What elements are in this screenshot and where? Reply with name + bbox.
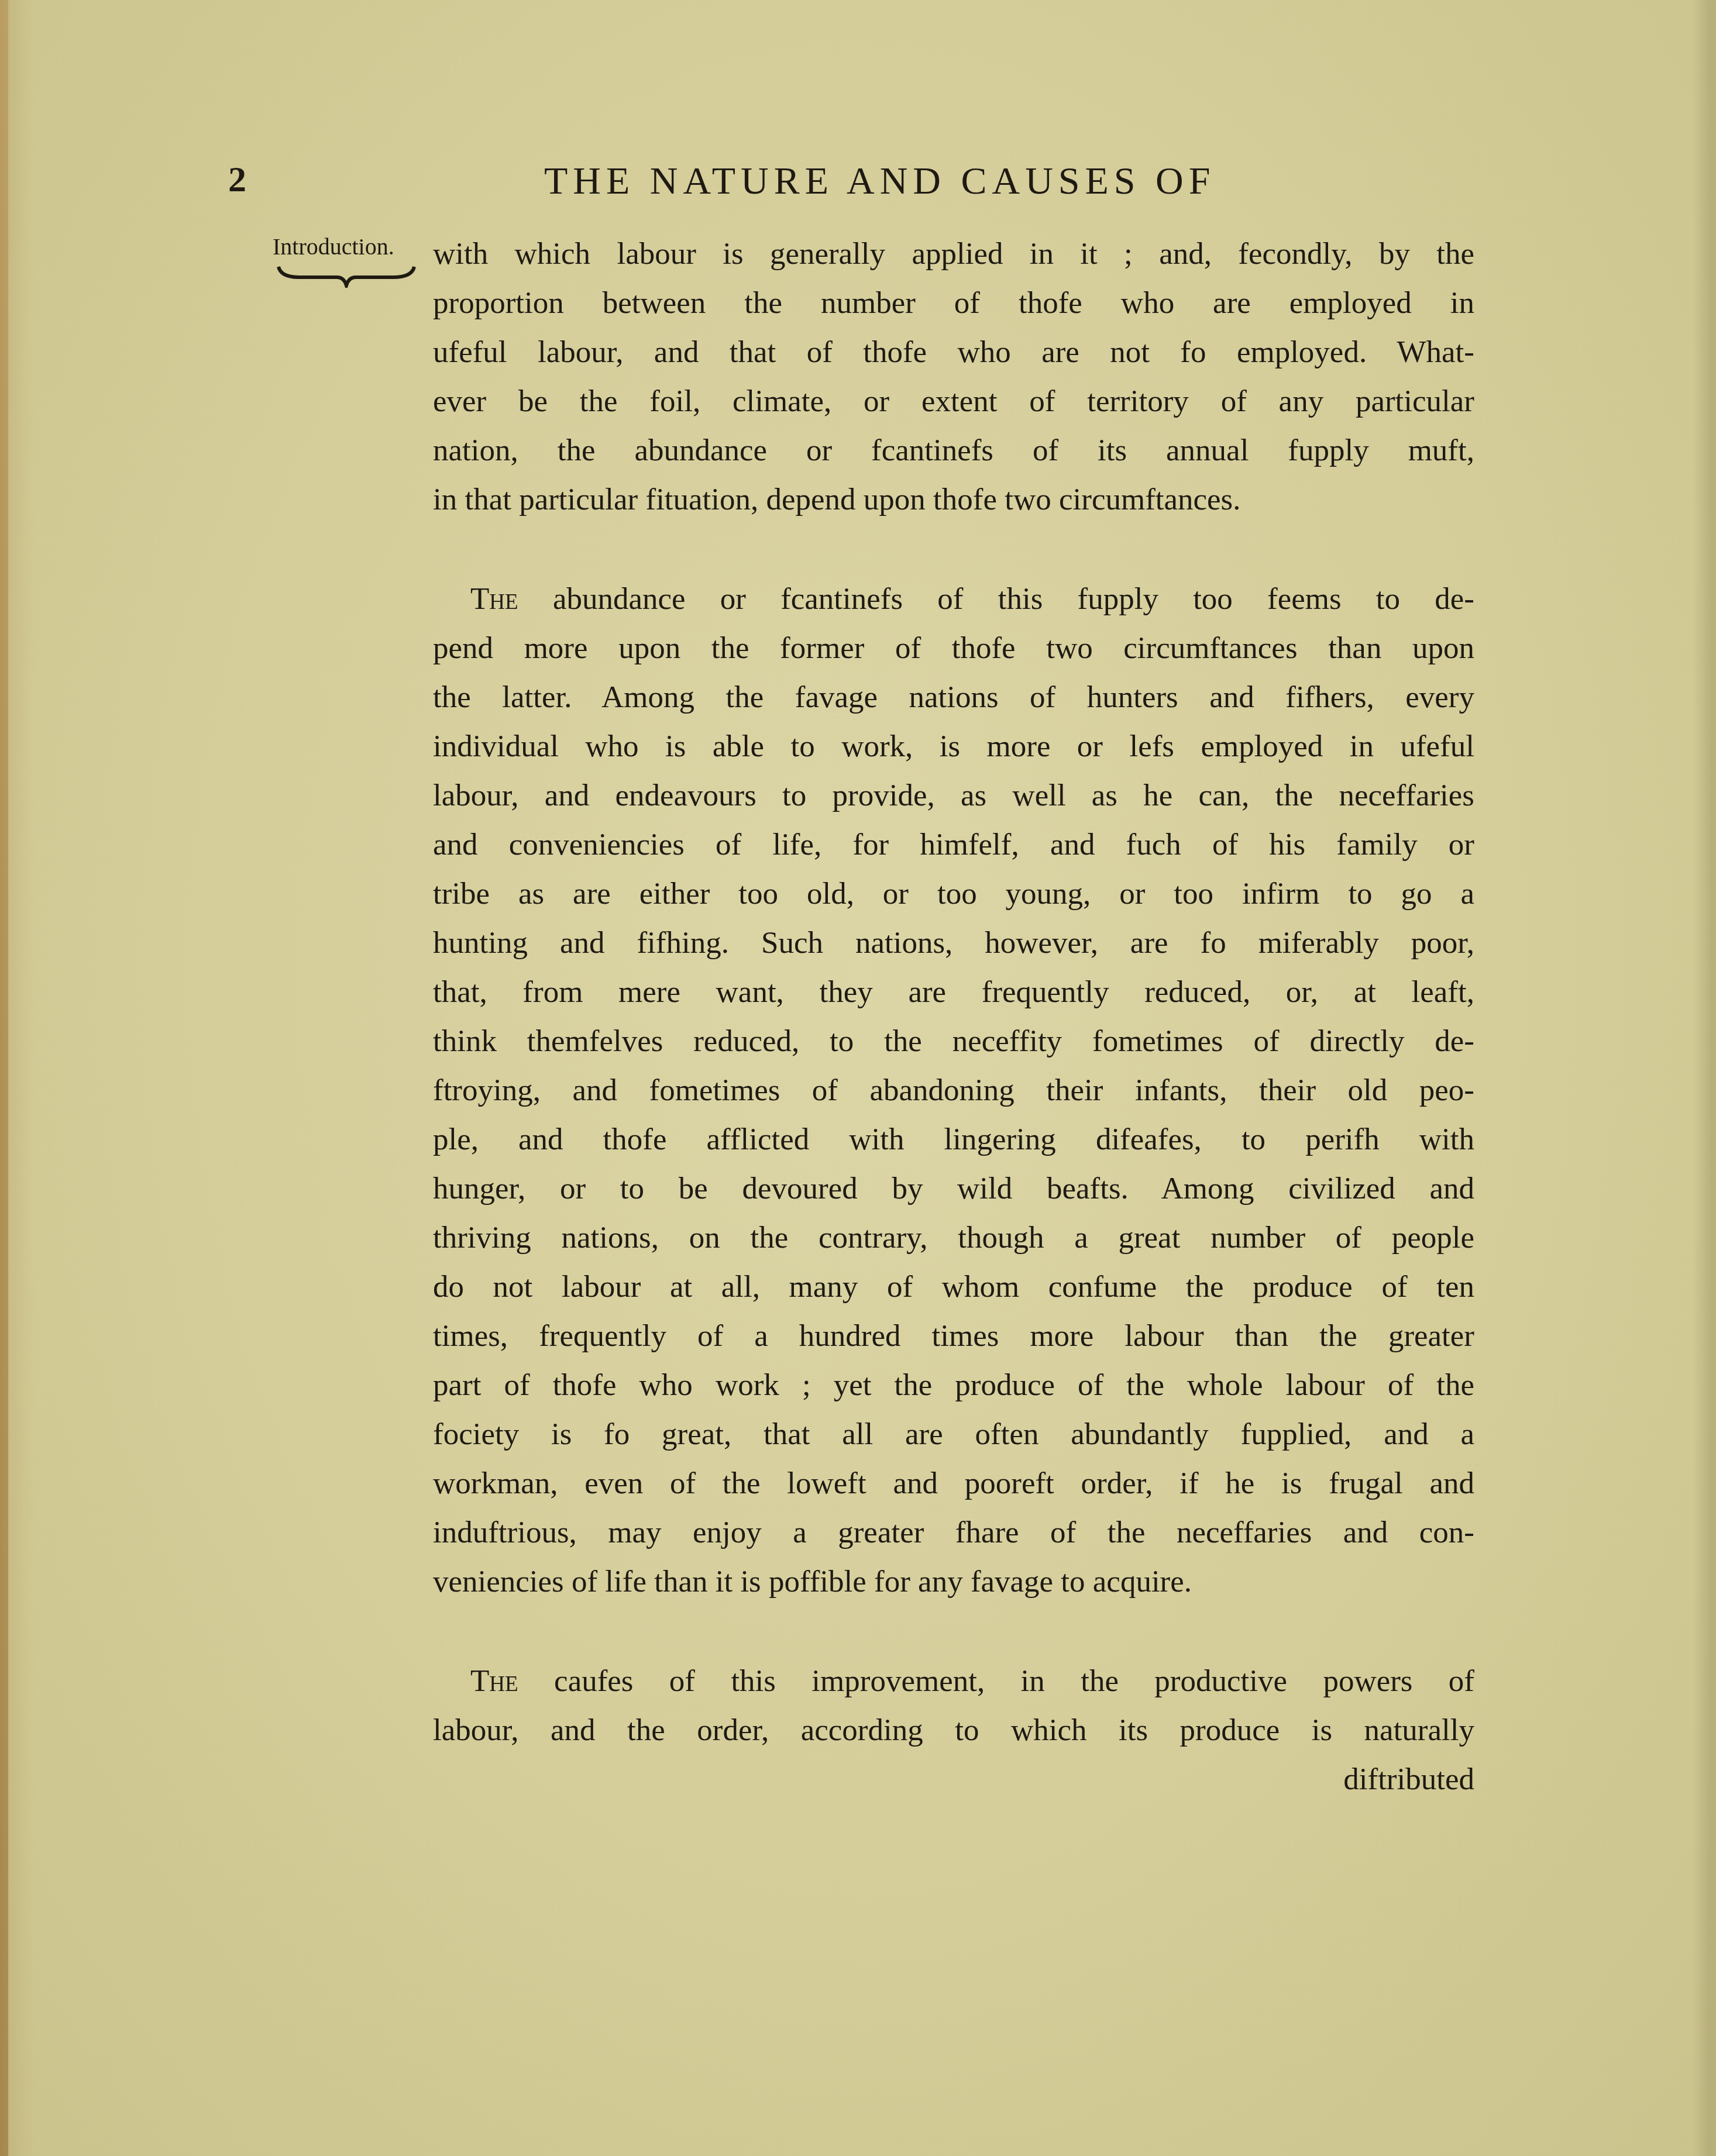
- margin-note: Introduction.: [273, 233, 394, 260]
- text-line: do not labour at all, many of whom confu…: [433, 1262, 1474, 1311]
- text-line: the latter. Among the favage nations of …: [433, 673, 1474, 722]
- text-line: ever be the foil, climate, or extent of …: [433, 377, 1474, 426]
- running-head-title: THE NATURE AND CAUSES OF: [544, 159, 1215, 204]
- text-line: think themfelves reduced, to the neceffi…: [433, 1017, 1474, 1066]
- text-line: veniencies of life than it is poffible f…: [433, 1557, 1474, 1606]
- page-right-edge: [1710, 0, 1716, 2156]
- paragraph-spacer: [433, 1606, 1474, 1656]
- text-line: in that particular fituation, depend upo…: [433, 475, 1474, 524]
- page-binding-edge: [0, 0, 8, 2156]
- text-line-rest: caufes of this improvement, in the produ…: [554, 1664, 1474, 1698]
- paragraph-lead-word: The: [433, 582, 518, 616]
- text-line: workman, even of the loweft and pooreft …: [433, 1459, 1474, 1508]
- paragraph-lead-word: The: [433, 1664, 518, 1698]
- text-line: labour, and the order, according to whic…: [433, 1706, 1474, 1755]
- text-line: that, from mere want, they are frequentl…: [433, 967, 1474, 1017]
- paragraph-3: The caufes of this improvement, in the p…: [433, 1656, 1474, 1804]
- text-line-first: The abundance or fcantinefs of this fupp…: [433, 574, 1474, 624]
- text-line: hunting and fifhing. Such nations, howev…: [433, 918, 1474, 967]
- page-number: 2: [228, 159, 246, 201]
- running-head: 2 THE NATURE AND CAUSES OF: [228, 159, 1433, 212]
- text-line: with which labour is generally applied i…: [433, 229, 1474, 278]
- text-line-rest: abundance or fcantinefs of this fupply t…: [553, 582, 1474, 616]
- text-line: ple, and thofe afflicted with lingering …: [433, 1115, 1474, 1164]
- text-line: nation, the abundance or fcantinefs of i…: [433, 426, 1474, 475]
- text-line: part of thofe who work ; yet the produce…: [433, 1361, 1474, 1410]
- text-line: fociety is fo great, that all are often …: [433, 1410, 1474, 1459]
- text-line: induftrious, may enjoy a greater fhare o…: [433, 1508, 1474, 1557]
- text-line-first: The caufes of this improvement, in the p…: [433, 1656, 1474, 1706]
- text-line: hunger, or to be devoured by wild beafts…: [433, 1164, 1474, 1213]
- text-line: proportion between the number of thofe w…: [433, 278, 1474, 328]
- text-line: labour, and endeavours to provide, as we…: [433, 771, 1474, 820]
- text-line: ufeful labour, and that of thofe who are…: [433, 328, 1474, 377]
- paragraph-2: The abundance or fcantinefs of this fupp…: [433, 574, 1474, 1606]
- text-line: thriving nations, on the contrary, thoug…: [433, 1213, 1474, 1262]
- text-line: times, frequently of a hundred times mor…: [433, 1311, 1474, 1361]
- body-text: with which labour is generally applied i…: [433, 229, 1474, 1804]
- text-line: and conveniencies of life, for himfelf, …: [433, 820, 1474, 869]
- book-page: 2 THE NATURE AND CAUSES OF Introduction.…: [0, 0, 1716, 2156]
- catchword: diftributed: [433, 1755, 1474, 1804]
- text-line: tribe as are either too old, or too youn…: [433, 869, 1474, 918]
- text-line: pend more upon the former of thofe two c…: [433, 624, 1474, 673]
- text-line: individual who is able to work, is more …: [433, 722, 1474, 771]
- paragraph-spacer: [433, 524, 1474, 574]
- paragraph-1: with which labour is generally applied i…: [433, 229, 1474, 524]
- brace-icon: [276, 264, 417, 288]
- text-line: ftroying, and fometimes of abandoning th…: [433, 1066, 1474, 1115]
